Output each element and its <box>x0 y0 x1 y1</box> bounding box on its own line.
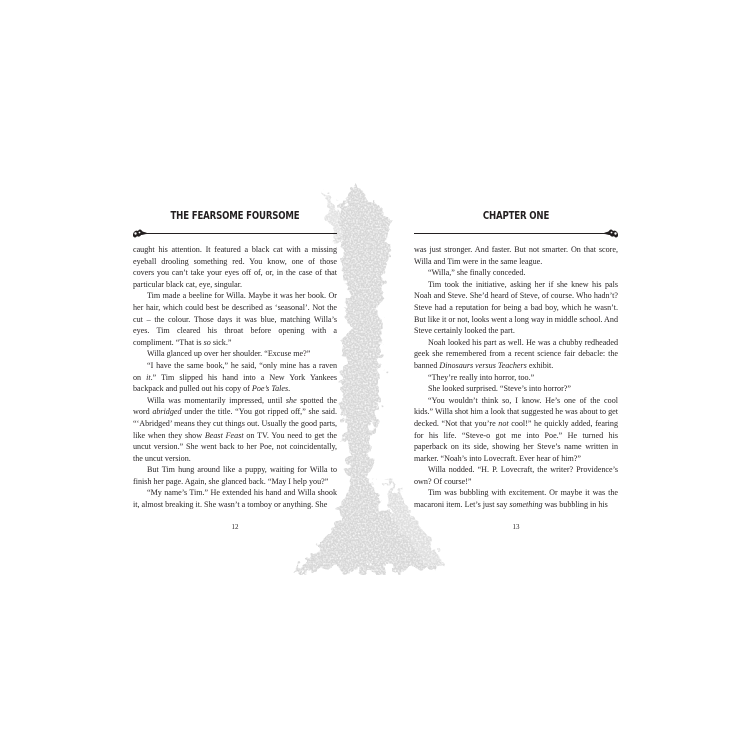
flourish-ornament-icon <box>604 226 620 240</box>
paragraph: “I have the same book,” he said, “only m… <box>133 360 337 395</box>
paragraph: Noah looked his part as well. He was a c… <box>414 337 618 372</box>
paragraph: Willa glanced up over her shoulder. “Exc… <box>133 348 337 360</box>
left-page-body: caught his attention. It featured a blac… <box>133 244 337 511</box>
paragraph: “Willa,” she finally conceded. <box>414 267 618 279</box>
italic-text: she <box>286 396 297 405</box>
text-run: . <box>288 384 290 393</box>
italic-text: not <box>498 419 508 428</box>
text-run: was bubbling in his <box>543 500 608 509</box>
header-rule-line <box>147 233 337 234</box>
text-run: “Willa,” she finally conceded. <box>428 268 525 277</box>
paragraph: Willa was momentarily impressed, until s… <box>133 395 337 465</box>
text-run: .” Tim slipped his hand into a New York … <box>133 373 337 394</box>
text-run: Willa glanced up over her shoulder. “Exc… <box>147 349 310 358</box>
paragraph: caught his attention. It featured a blac… <box>133 244 337 290</box>
running-head-left: THE FEARSOME FOURSOME <box>155 208 314 224</box>
text-run: “My name’s Tim.” He extended his hand an… <box>133 488 337 509</box>
paragraph: Tim made a beeline for Willa. Maybe it w… <box>133 290 337 348</box>
paragraph: But Tim hung around like a puppy, waitin… <box>133 464 337 487</box>
paragraph: She looked surprised. “Steve’s into horr… <box>414 383 618 395</box>
text-run: sick.” <box>211 338 232 347</box>
paragraph: Willa nodded. “H. P. Lovecraft, the writ… <box>414 464 618 487</box>
page-number-left: 12 <box>133 523 337 531</box>
text-run: caught his attention. It featured a blac… <box>133 245 337 289</box>
paragraph: was just stronger. And faster. But not s… <box>414 244 618 267</box>
text-run: Tim took the initiative, asking her if s… <box>414 280 618 335</box>
left-page: THE FEARSOME FOURSOME caught his attenti… <box>133 208 337 511</box>
header-rule-line <box>414 233 604 234</box>
header-rule-left <box>133 226 337 240</box>
italic-text: Poe’s Tales <box>252 384 288 393</box>
flourish-ornament-icon <box>131 226 147 240</box>
paragraph: Tim took the initiative, asking her if s… <box>414 279 618 337</box>
italic-text: Beast Feast <box>205 431 244 440</box>
text-run: Willa nodded. “H. P. Lovecraft, the writ… <box>414 465 618 486</box>
paragraph: Tim was bubbling with excitement. Or may… <box>414 487 618 510</box>
text-run: But Tim hung around like a puppy, waitin… <box>133 465 337 486</box>
right-page: CHAPTER ONE was just stronger. And faste… <box>414 208 618 511</box>
text-run: Willa was momentarily impressed, until <box>147 396 286 405</box>
book-spread: THE FEARSOME FOURSOME caught his attenti… <box>0 0 750 750</box>
paragraph: “You wouldn’t think so, I know. He’s one… <box>414 395 618 465</box>
header-rule-right <box>414 226 618 240</box>
italic-text: something <box>509 500 542 509</box>
italic-text: abridged <box>152 407 181 416</box>
running-head-right: CHAPTER ONE <box>436 208 595 224</box>
italic-text: so <box>204 338 211 347</box>
text-run: She looked surprised. “Steve’s into horr… <box>428 384 571 393</box>
text-run: exhibit. <box>527 361 554 370</box>
paragraph: “My name’s Tim.” He extended his hand an… <box>133 487 337 510</box>
page-number-right: 13 <box>414 523 618 531</box>
text-run: Tim made a beeline for Willa. Maybe it w… <box>133 291 337 346</box>
paragraph: “They’re really into horror, too.” <box>414 372 618 384</box>
text-run: “They’re really into horror, too.” <box>428 373 534 382</box>
italic-text: Dinosaurs versus Teachers <box>439 361 526 370</box>
text-run: was just stronger. And faster. But not s… <box>414 245 618 266</box>
right-page-body: was just stronger. And faster. But not s… <box>414 244 618 511</box>
